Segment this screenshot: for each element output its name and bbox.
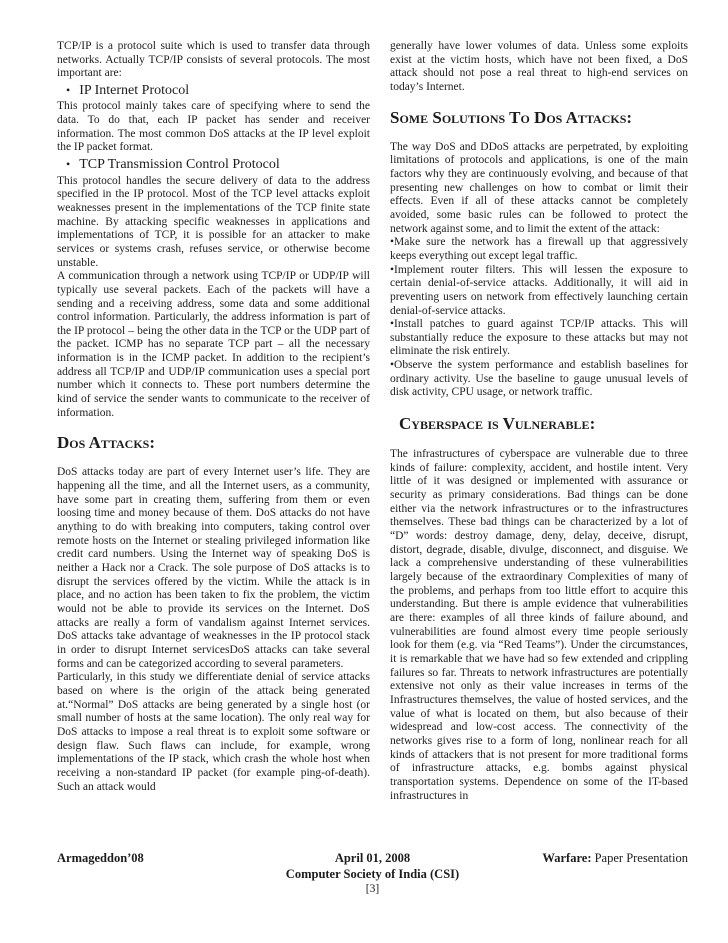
left-column: TCP/IP is a protocol suite which is used… <box>57 40 370 852</box>
paragraph-tcp-protocol-desc: This protocol handles the secure deliver… <box>57 175 370 271</box>
paragraph-continuation: generally have lower volumes of data. Un… <box>390 40 688 95</box>
paragraph-dos-1: DoS attacks today are part of every Inte… <box>57 466 370 671</box>
solution-bullet-baselines: Observe the system performance and estab… <box>390 359 688 400</box>
right-column: generally have lower volumes of data. Un… <box>390 40 688 852</box>
footer-category-label: Warfare: <box>542 851 591 865</box>
ip-protocol-label: IP Internet Protocol <box>79 83 189 98</box>
footer-date: April 01, 2008 <box>286 851 459 867</box>
paragraph-tcpip-intro: TCP/IP is a protocol suite which is used… <box>57 40 370 81</box>
list-item-tcp-protocol: •TCP Transmission Control Protocol <box>57 156 370 174</box>
heading-cyberspace: Cyberspace is Vulnerable: <box>390 414 688 434</box>
paragraph-cyberspace: The infrastructures of cyberspace are vu… <box>390 448 688 803</box>
paragraph-ip-protocol-desc: This protocol mainly takes care of speci… <box>57 100 370 155</box>
footer-event-name: Armageddon’08 <box>57 851 286 898</box>
bullet-icon: • <box>66 157 70 171</box>
heading-dos-attacks: Dos Attacks: <box>57 433 370 453</box>
heading-solutions: Some Solutions To Dos Attacks: <box>390 108 688 128</box>
footer-organization: Computer Society of India (CSI) <box>286 867 459 883</box>
solution-bullet-firewall: Make sure the network has a firewall up … <box>390 236 688 263</box>
footer-center-block: April 01, 2008 Computer Society of India… <box>286 851 459 898</box>
solution-bullet-router-filters: Implement router filters. This will less… <box>390 264 688 319</box>
footer-category-value: Paper Presentation <box>591 851 688 865</box>
tcp-protocol-label: TCP Transmission Control Protocol <box>79 157 280 172</box>
list-item-ip-protocol: •IP Internet Protocol <box>57 82 370 100</box>
paper-page: TCP/IP is a protocol suite which is used… <box>0 0 728 943</box>
page-footer: Armageddon’08 April 01, 2008 Computer So… <box>57 851 688 898</box>
paragraph-dos-2: Particularly, in this study we different… <box>57 671 370 794</box>
footer-category: Warfare: Paper Presentation <box>459 851 688 898</box>
bullet-icon: • <box>66 83 70 97</box>
solution-bullet-patches: Install patches to guard against TCP/IP … <box>390 318 688 359</box>
paragraph-solutions-intro: The way DoS and DDoS attacks are perpetr… <box>390 141 688 237</box>
two-column-body: TCP/IP is a protocol suite which is used… <box>57 40 688 852</box>
paragraph-communication: A communication through a network using … <box>57 270 370 420</box>
footer-page-number: [3] <box>286 882 459 898</box>
